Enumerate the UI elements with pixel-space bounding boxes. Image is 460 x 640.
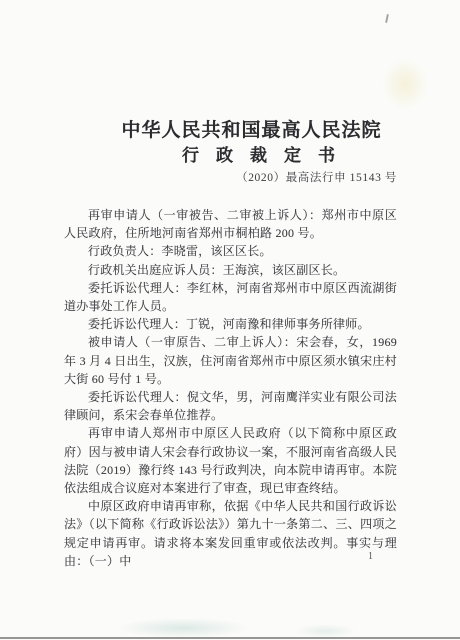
paragraph-agent-li-honglin: 委托诉讼代理人：李红林，河南省郑州市中原区西流湖街道办事处工作人员。 xyxy=(64,279,397,315)
paragraph-case-summary: 再审申请人郑州市中原区人民政府（以下简称中原区政府）因与被申请人宋会春行政协议一… xyxy=(64,424,397,497)
case-number: （2020）最高法行申 15143 号 xyxy=(64,171,397,185)
paragraph-court-appearance-staff: 行政机关出庭应诉人员：王海滨，该区副区长。 xyxy=(64,261,397,279)
document-type-heading: 行政裁定书 xyxy=(92,145,425,166)
scan-smudge-teal xyxy=(118,618,248,638)
scan-speck xyxy=(385,14,389,23)
paragraph-retrial-claims: 中原区政府申请再审称，依据《中华人民共和国行政诉讼法》（以下简称《行政诉讼法》）… xyxy=(64,497,397,570)
scan-smudge-yellow xyxy=(382,58,428,110)
paragraph-retrial-applicant: 再审申请人（一审被告、二审被上诉人）：郑州市中原区人民政府，住所地河南省郑州市桐… xyxy=(64,206,397,242)
scan-bottom-edge xyxy=(0,637,460,640)
scanned-court-document-page: 中华人民共和国最高人民法院 行政裁定书 （2020）最高法行申 15143 号 … xyxy=(0,0,460,640)
paragraph-agent-ding-rui: 委托诉讼代理人：丁锐，河南豫和律师事务所律师。 xyxy=(64,315,397,333)
paragraph-agent-ni-wenhua: 委托诉讼代理人：倪文华，男，河南鹰洋实业有限公司法律顾问，系宋会春单位推荐。 xyxy=(64,388,397,424)
scan-corner-shade xyxy=(426,0,460,9)
scan-smudge-teal xyxy=(295,624,355,638)
paragraph-administrative-head: 行政负责人：李晓雷，该区区长。 xyxy=(64,242,397,260)
court-name-heading: 中华人民共和国最高人民法院 xyxy=(85,119,418,143)
paragraph-respondent: 被申请人（一审原告、二审上诉人）：宋会春，女，1969 年 3 月 4 日出生，… xyxy=(64,333,397,388)
document-body: 再审申请人（一审被告、二审被上诉人）：郑州市中原区人民政府，住所地河南省郑州市桐… xyxy=(64,206,397,570)
page-number: 1 xyxy=(368,551,373,562)
document-content: 中华人民共和国最高人民法院 行政裁定书 （2020）最高法行申 15143 号 … xyxy=(64,119,397,570)
